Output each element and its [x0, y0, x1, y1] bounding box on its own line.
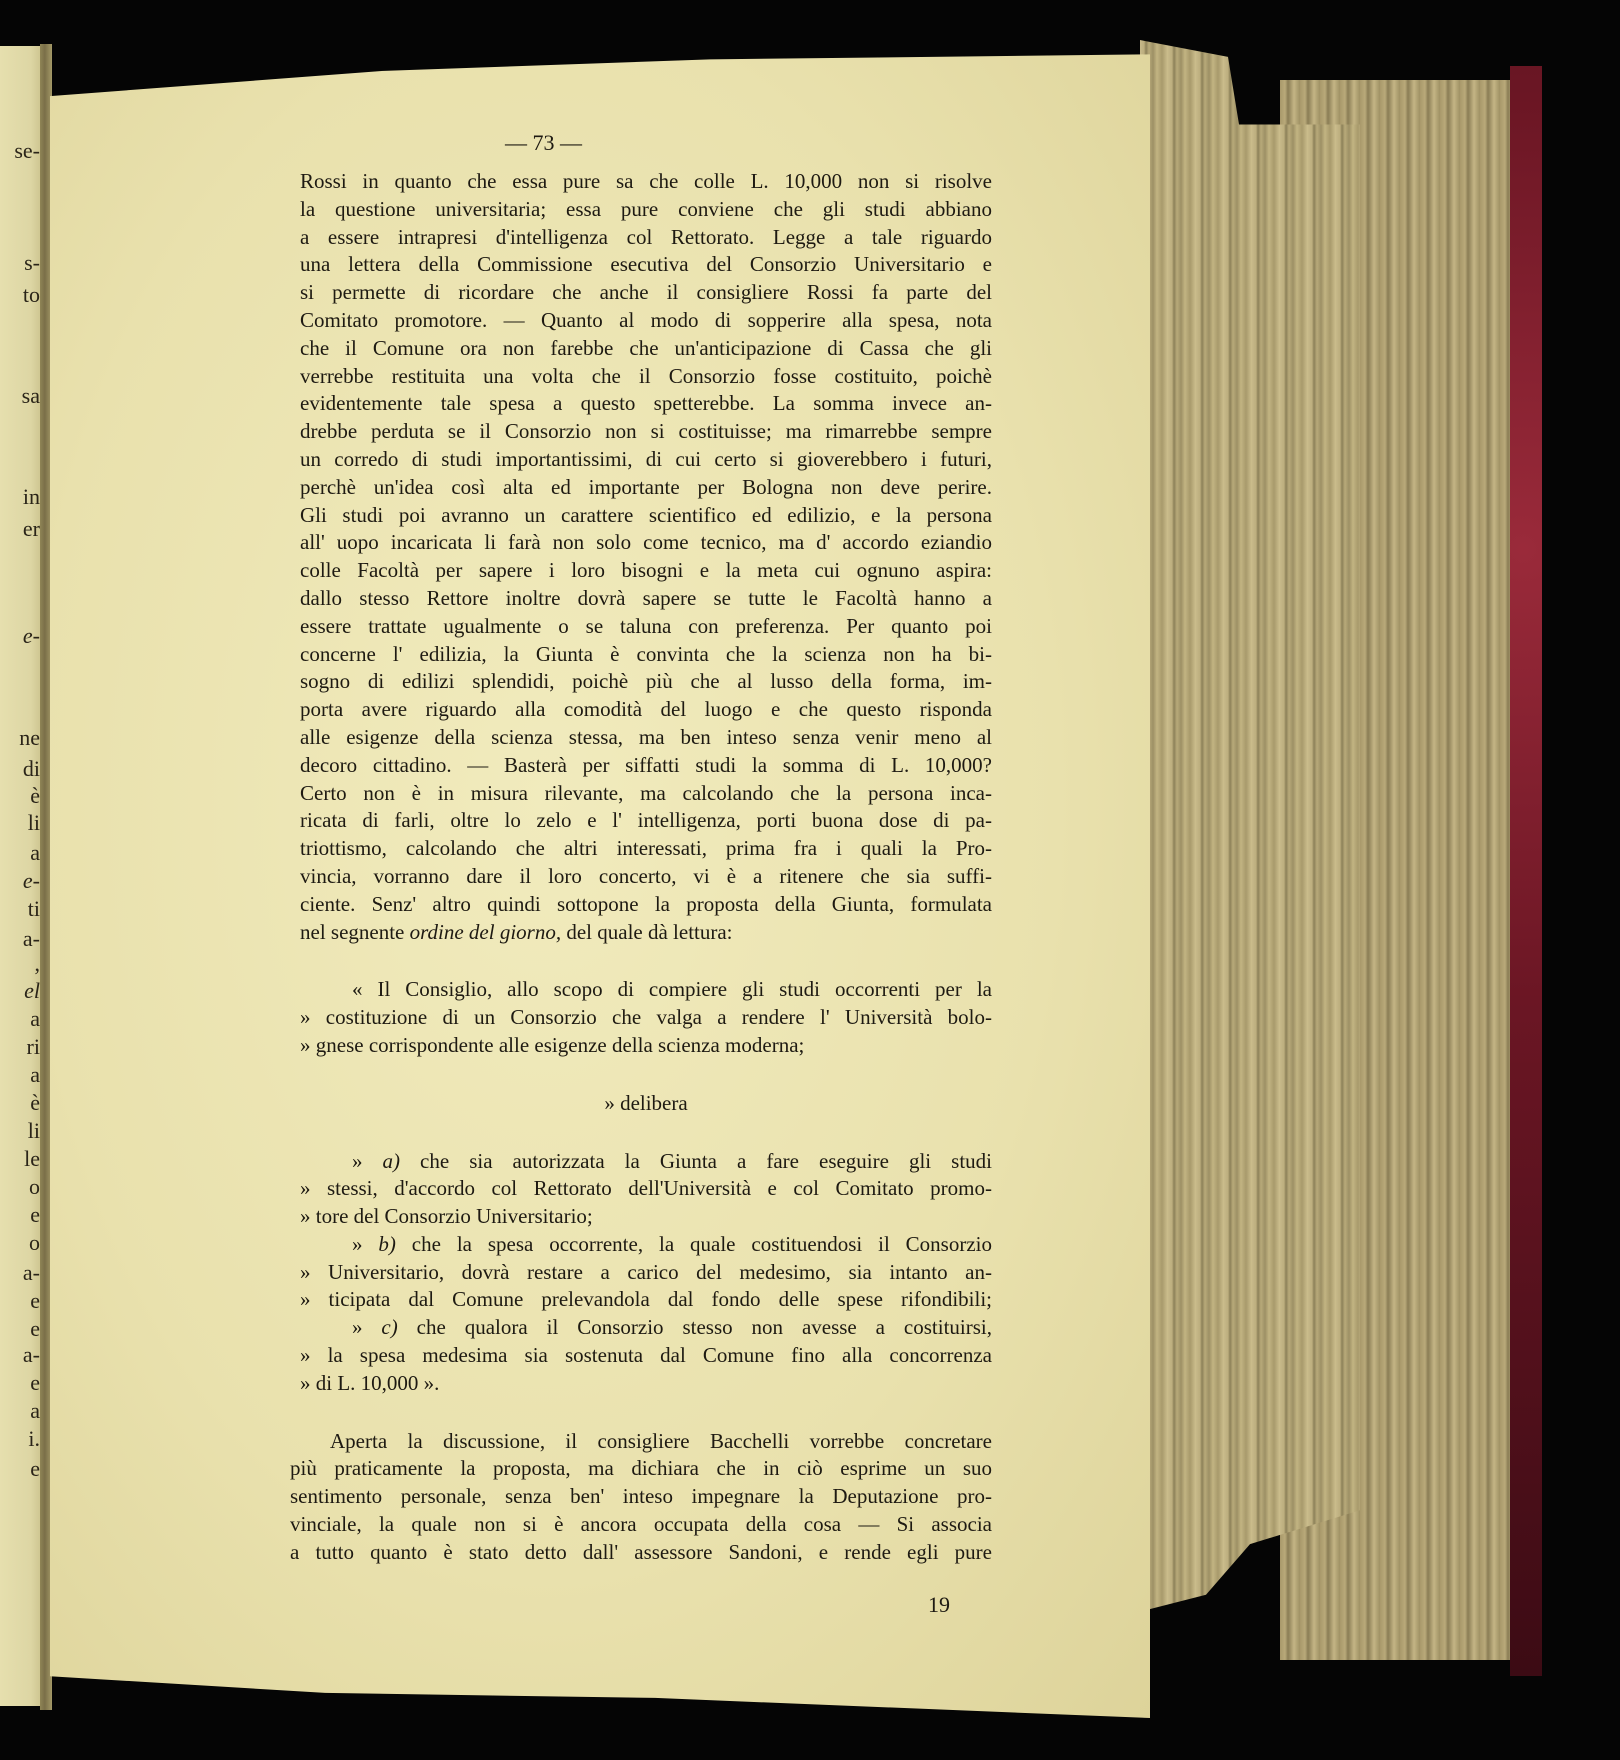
text-line: evidentemente tale spesa a questo spette…	[300, 390, 992, 418]
left-page-text-fragment: li	[28, 1120, 40, 1142]
left-page-text-fragment: a	[30, 1008, 40, 1030]
quote-marker: »	[352, 1149, 383, 1173]
text-line: Certo non è in misura rilevante, ma calc…	[300, 780, 992, 808]
text-run: che sia autorizzata la Giunta a fare ese…	[400, 1149, 992, 1173]
signature-mark: 19	[928, 1592, 950, 1618]
text-line: vinciale, la quale non si è ancora occup…	[290, 1511, 992, 1539]
left-page-text-fragment: e-	[23, 625, 40, 647]
left-page-text-fragment: a-	[23, 928, 40, 950]
left-page-text-fragment: e	[30, 1372, 40, 1394]
text-run: nel segnente	[300, 920, 410, 944]
text-line: vincia, vorranno dare il loro concerto, …	[300, 863, 992, 891]
left-page-text-fragment: a-	[23, 1262, 40, 1284]
text-run: che la spesa occorrente, la quale costit…	[396, 1232, 992, 1256]
left-page-text-fragment: di	[23, 758, 40, 780]
left-page-text-fragment: e	[30, 1458, 40, 1480]
quote-line: » Universitario, dovrà restare a carico …	[300, 1259, 992, 1287]
quote-line: » costituzione di un Consorzio che valga…	[300, 1004, 992, 1032]
text-line: ciente. Senz' altro quindi sottopone la …	[300, 891, 992, 919]
text-line: Comitato promotore. — Quanto al modo di …	[300, 307, 992, 335]
quote-line: « Il Consiglio, allo scopo di compiere g…	[300, 976, 992, 1004]
quote-line: » c) che qualora il Consorzio stesso non…	[300, 1314, 992, 1342]
page-number-header: — 73 —	[505, 130, 582, 156]
text-line: più praticamente la proposta, ma dichiar…	[290, 1455, 992, 1483]
item-label: a)	[383, 1149, 401, 1173]
text-line: Rossi in quanto che essa pure sa che col…	[300, 168, 992, 196]
left-page-text-fragment: o	[29, 1232, 40, 1254]
text-line: una lettera della Commissione esecutiva …	[300, 251, 992, 279]
resolution-preamble: « Il Consiglio, allo scopo di compiere g…	[300, 976, 992, 1059]
left-page-text-fragment: s-	[24, 252, 40, 274]
marbled-cover-edge	[1510, 66, 1542, 1676]
left-page-text-fragment: a	[30, 1064, 40, 1086]
left-page-text-fragment: to	[23, 284, 40, 306]
italic-term: ordine del giorno,	[410, 920, 561, 944]
text-line: si permette di ricordare che anche il co…	[300, 279, 992, 307]
text-line: concerne l' edilizia, la Giunta è convin…	[300, 641, 992, 669]
left-page-text-fragment: e	[30, 1204, 40, 1226]
left-page-text-fragment: se-	[14, 140, 40, 162]
text-line: essere trattate ugualmente o se taluna c…	[300, 613, 992, 641]
text-line: un corredo di studi importantissimi, di …	[300, 446, 992, 474]
left-page-text-fragment: er	[23, 518, 40, 540]
left-page-text-fragment: li	[28, 812, 40, 834]
left-page-text-fragment: sa	[22, 385, 40, 407]
text-run: che qualora il Consorzio stesso non aves…	[398, 1315, 992, 1339]
paragraph-2: Aperta la discussione, il consigliere Ba…	[290, 1428, 992, 1567]
quote-line: » b) che la spesa occorrente, la quale c…	[300, 1231, 992, 1259]
text-line: Aperta la discussione, il consigliere Ba…	[290, 1428, 992, 1456]
text-line: porta avere riguardo alla comodità del l…	[300, 696, 992, 724]
left-page-text-fragment: e	[30, 1318, 40, 1340]
item-label: c)	[381, 1315, 397, 1339]
text-line: che il Comune ora non farebbe che un'ant…	[300, 335, 992, 363]
text-line: nel segnente ordine del giorno, del qual…	[300, 919, 992, 947]
text-line: alle esigenze della scienza stessa, ma b…	[300, 724, 992, 752]
quote-marker: »	[352, 1232, 378, 1256]
left-page-text-fragment: a-	[23, 1344, 40, 1366]
resolution-item-b: » b) che la spesa occorrente, la quale c…	[300, 1231, 992, 1314]
page-body: Rossi in quanto che essa pure sa che col…	[300, 168, 992, 1567]
text-run: del quale dà lettura:	[561, 920, 732, 944]
resolution-item-a: » a) che sia autorizzata la Giunta a far…	[300, 1148, 992, 1231]
left-page-text-fragment: le	[24, 1148, 40, 1170]
left-page-text-fragment: ti	[28, 898, 40, 920]
left-page-text-fragment: o	[29, 1176, 40, 1198]
quote-line: » tore del Consorzio Universitario;	[300, 1203, 992, 1231]
quote-line: » gnese corrispondente alle esigenze del…	[300, 1032, 992, 1060]
left-page-text-fragment: a	[30, 842, 40, 864]
text-line: triottismo, calcolando che altri interes…	[300, 835, 992, 863]
text-line: ricata di farli, oltre lo zelo e l' inte…	[300, 807, 992, 835]
text-line: drebbe perduta se il Consorzio non si co…	[300, 418, 992, 446]
text-line: dallo stesso Rettore inoltre dovrà saper…	[300, 585, 992, 613]
text-line: all' uopo incaricata li farà non solo co…	[300, 529, 992, 557]
left-page-text-fragment: i.	[28, 1428, 40, 1450]
left-page-text-fragment: è	[30, 785, 40, 807]
left-page-text-fragment: è	[30, 1092, 40, 1114]
left-page-text-fragment: a	[30, 1400, 40, 1422]
quote-line: » la spesa medesima sia sostenuta dal Co…	[300, 1342, 992, 1370]
text-line: colle Facoltà per sapere i loro bisogni …	[300, 557, 992, 585]
page-block-edges	[1140, 40, 1360, 1730]
left-page-text-fragment: e-	[23, 870, 40, 892]
resolution-item-c: » c) che qualora il Consorzio stesso non…	[300, 1314, 992, 1397]
quote-line: » di L. 10,000 ».	[300, 1370, 992, 1398]
left-page-text-fragment: ri	[27, 1036, 40, 1058]
paragraph-1: Rossi in quanto che essa pure sa che col…	[300, 168, 992, 946]
text-line: verrebbe restituita una volta che il Con…	[300, 363, 992, 391]
left-page-text-fragment: in	[23, 486, 40, 508]
quote-line: » stessi, d'accordo col Rettorato dell'U…	[300, 1175, 992, 1203]
text-line: sogno di edilizi splendidi, poichè più c…	[300, 668, 992, 696]
left-page-text-fragment: el	[24, 980, 40, 1002]
text-line: a essere intrapresi d'intelligenza col R…	[300, 224, 992, 252]
quote-line: » ticipata dal Comune prelevandola dal f…	[300, 1286, 992, 1314]
delibera-heading: » delibera	[300, 1090, 992, 1118]
quote-marker: »	[352, 1315, 381, 1339]
text-line: sentimento personale, senza ben' inteso …	[290, 1483, 992, 1511]
left-page-fragment: se-s-tosainere-nedièliae-tia-,elariaèlil…	[0, 46, 44, 1706]
text-line: Gli studi poi avranno un carattere scien…	[300, 502, 992, 530]
item-label: b)	[378, 1232, 396, 1256]
left-page-text-fragment: e	[30, 1290, 40, 1312]
left-page-text-fragment: ne	[19, 727, 40, 749]
text-line: la questione universitaria; essa pure co…	[300, 196, 992, 224]
text-line: a tutto quanto è stato detto dall' asses…	[290, 1539, 992, 1567]
text-line: decoro cittadino. — Basterà per siffatti…	[300, 752, 992, 780]
text-line: perchè un'idea così alta ed importante p…	[300, 474, 992, 502]
quote-line: » a) che sia autorizzata la Giunta a far…	[300, 1148, 992, 1176]
